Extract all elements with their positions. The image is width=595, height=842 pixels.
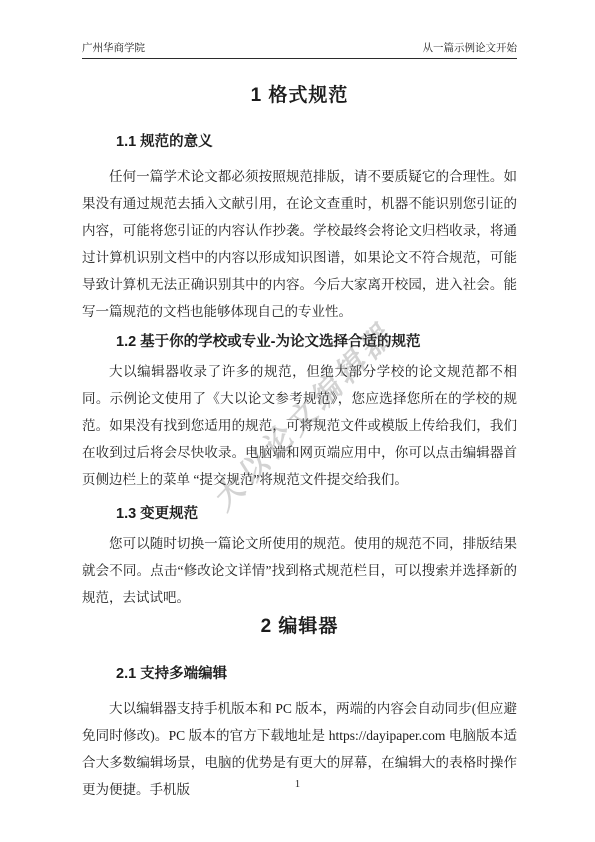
chapter-2-title: 2 编辑器	[82, 616, 517, 638]
page-content: 广州华商学院 从一篇示例论文开始 1 格式规范 1.1 规范的意义 任何一篇学术…	[82, 0, 517, 803]
section-1-3-title: 1.3 变更规范	[116, 506, 517, 523]
document-page: 大以论文编辑器 广州华商学院 从一篇示例论文开始 1 格式规范 1.1 规范的意…	[0, 0, 595, 842]
page-footer: 1	[0, 779, 595, 790]
header-right-doc-title: 从一篇示例论文开始	[423, 43, 518, 55]
section-1-1-title: 1.1 规范的意义	[116, 134, 517, 151]
section-1-2-title: 1.2 基于你的学校或专业-为论文选择合适的规范	[116, 334, 517, 351]
chapter-1-title: 1 格式规范	[82, 85, 517, 107]
section-1-3-paragraph: 您可以随时切换一篇论文所使用的规范。使用的规范不同，排版结果就会不同。点击“修改…	[82, 530, 517, 611]
page-number: 1	[295, 779, 300, 790]
section-2-1-title: 2.1 支持多端编辑	[116, 666, 517, 683]
header-left-school-name: 广州华商学院	[82, 43, 145, 55]
section-1-2-paragraph: 大以编辑器收录了许多的规范，但绝大部分学校的论文规范都不相同。示例论文使用了《大…	[82, 358, 517, 493]
running-header: 广州华商学院 从一篇示例论文开始	[82, 0, 517, 59]
section-1-1-paragraph: 任何一篇学术论文都必须按照规范排版，请不要质疑它的合理性。如果没有通过规范去插入…	[82, 163, 517, 325]
